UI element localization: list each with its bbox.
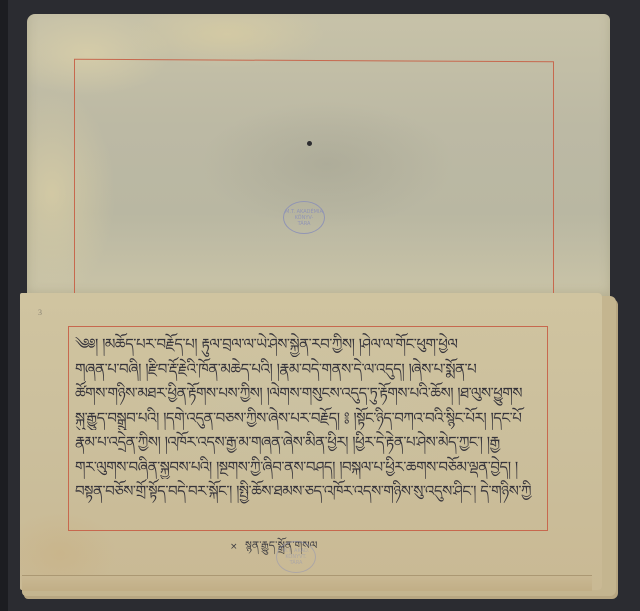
text-line-2: གཞན་པ་བཞི། །རྫིབ་རྡོ་རྗེའི་ཁོན་མཆེད་པའི།…: [75, 357, 541, 382]
text-block: ༄༅། །མཆོད་པར་བརྗོད་པ། རྟུལ་བྲལ་ལ་ཡེ་ཤེས་…: [75, 332, 541, 504]
text-line-1: ༄༅། །མཆོད་པར་བརྗོད་པ། རྟུལ་བྲལ་ལ་ཡེ་ཤེས་…: [75, 332, 541, 357]
upper-red-frame: [74, 59, 554, 312]
library-stamp-upper: M.T. AKADÉMIA KÖNYV- TÁRA: [283, 201, 325, 234]
folio-bottom-edge: [22, 575, 592, 591]
stamp-line-3: TÁRA: [290, 560, 303, 566]
text-line-6: གར་ལུགས་བཞིན་སྐྱབས་པའི། །སྔགས་ཀྱི་ཞིབ་ནས…: [75, 455, 541, 480]
stamp-line-3: TÁRA: [298, 221, 311, 227]
text-red-frame: ༄༅། །མཆོད་པར་བརྗོད་པ། རྟུལ་བྲལ་ལ་ཡེ་ཤེས་…: [68, 326, 548, 531]
upper-folio: [27, 14, 610, 299]
text-line-3: ཚོགས་གཉིས་མཐར་ཕྱིན་རྟོགས་པས་ཀྱིས། །ལེགས་…: [75, 381, 541, 406]
text-line-5: རྣམ་པ་འདྲེན་ཀྱིས། །འཁོར་འདས་རྒྱ་མ་གཞན་ཞེ…: [75, 430, 541, 455]
text-line-4: སྐུ་རྒྱུད་བསྒྲུབ་པའི། །དགེ་འདུན་བཅས་ཀྱིས…: [75, 406, 541, 431]
ink-spot: [307, 141, 312, 146]
text-line-7: བསྟན་བཅོས་གྲོ་སྟོད་བདེ་བར་སྐོང་། །སྤྱི་ཆ…: [75, 479, 541, 504]
library-stamp-lower: M.T. AKAD. KÖNYVT. TÁRA: [276, 541, 316, 573]
page-number: 3: [38, 308, 42, 317]
scan-edge: [0, 0, 8, 611]
cross-mark-icon: ×: [230, 542, 238, 552]
